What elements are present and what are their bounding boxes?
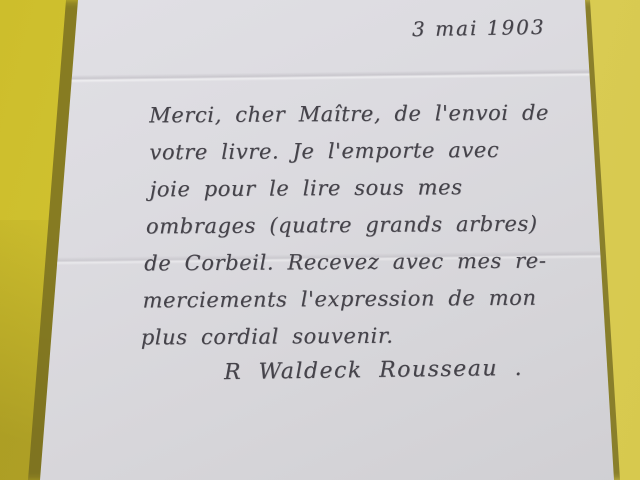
handwriting-line: ombrages (quatre grands arbres) (146, 206, 550, 246)
handwriting-line: de Corbeil. Recevez avec mes re- (144, 243, 550, 283)
handwriting-line: Merci, cher Maître, de l'envoi de (149, 95, 549, 135)
letter-photo: 3 mai 1903 Merci, cher Maître, de l'envo… (0, 0, 640, 480)
handwriting-line: joie pour le lire sous mes (150, 169, 550, 209)
handwriting-line: votre livre. Je l'emporte avec (149, 132, 549, 172)
letter-date: 3 mai 1903 (412, 15, 546, 41)
letter-signature: R Waldeck Rousseau . (224, 356, 523, 385)
fold-crease-top (0, 68, 640, 84)
handwriting-line: merciements l'expression de mon (142, 280, 550, 320)
letter-body: Merci, cher Maître, de l'envoi de votre … (149, 95, 551, 357)
handwriting-line: plus cordial souvenir. (141, 317, 551, 357)
